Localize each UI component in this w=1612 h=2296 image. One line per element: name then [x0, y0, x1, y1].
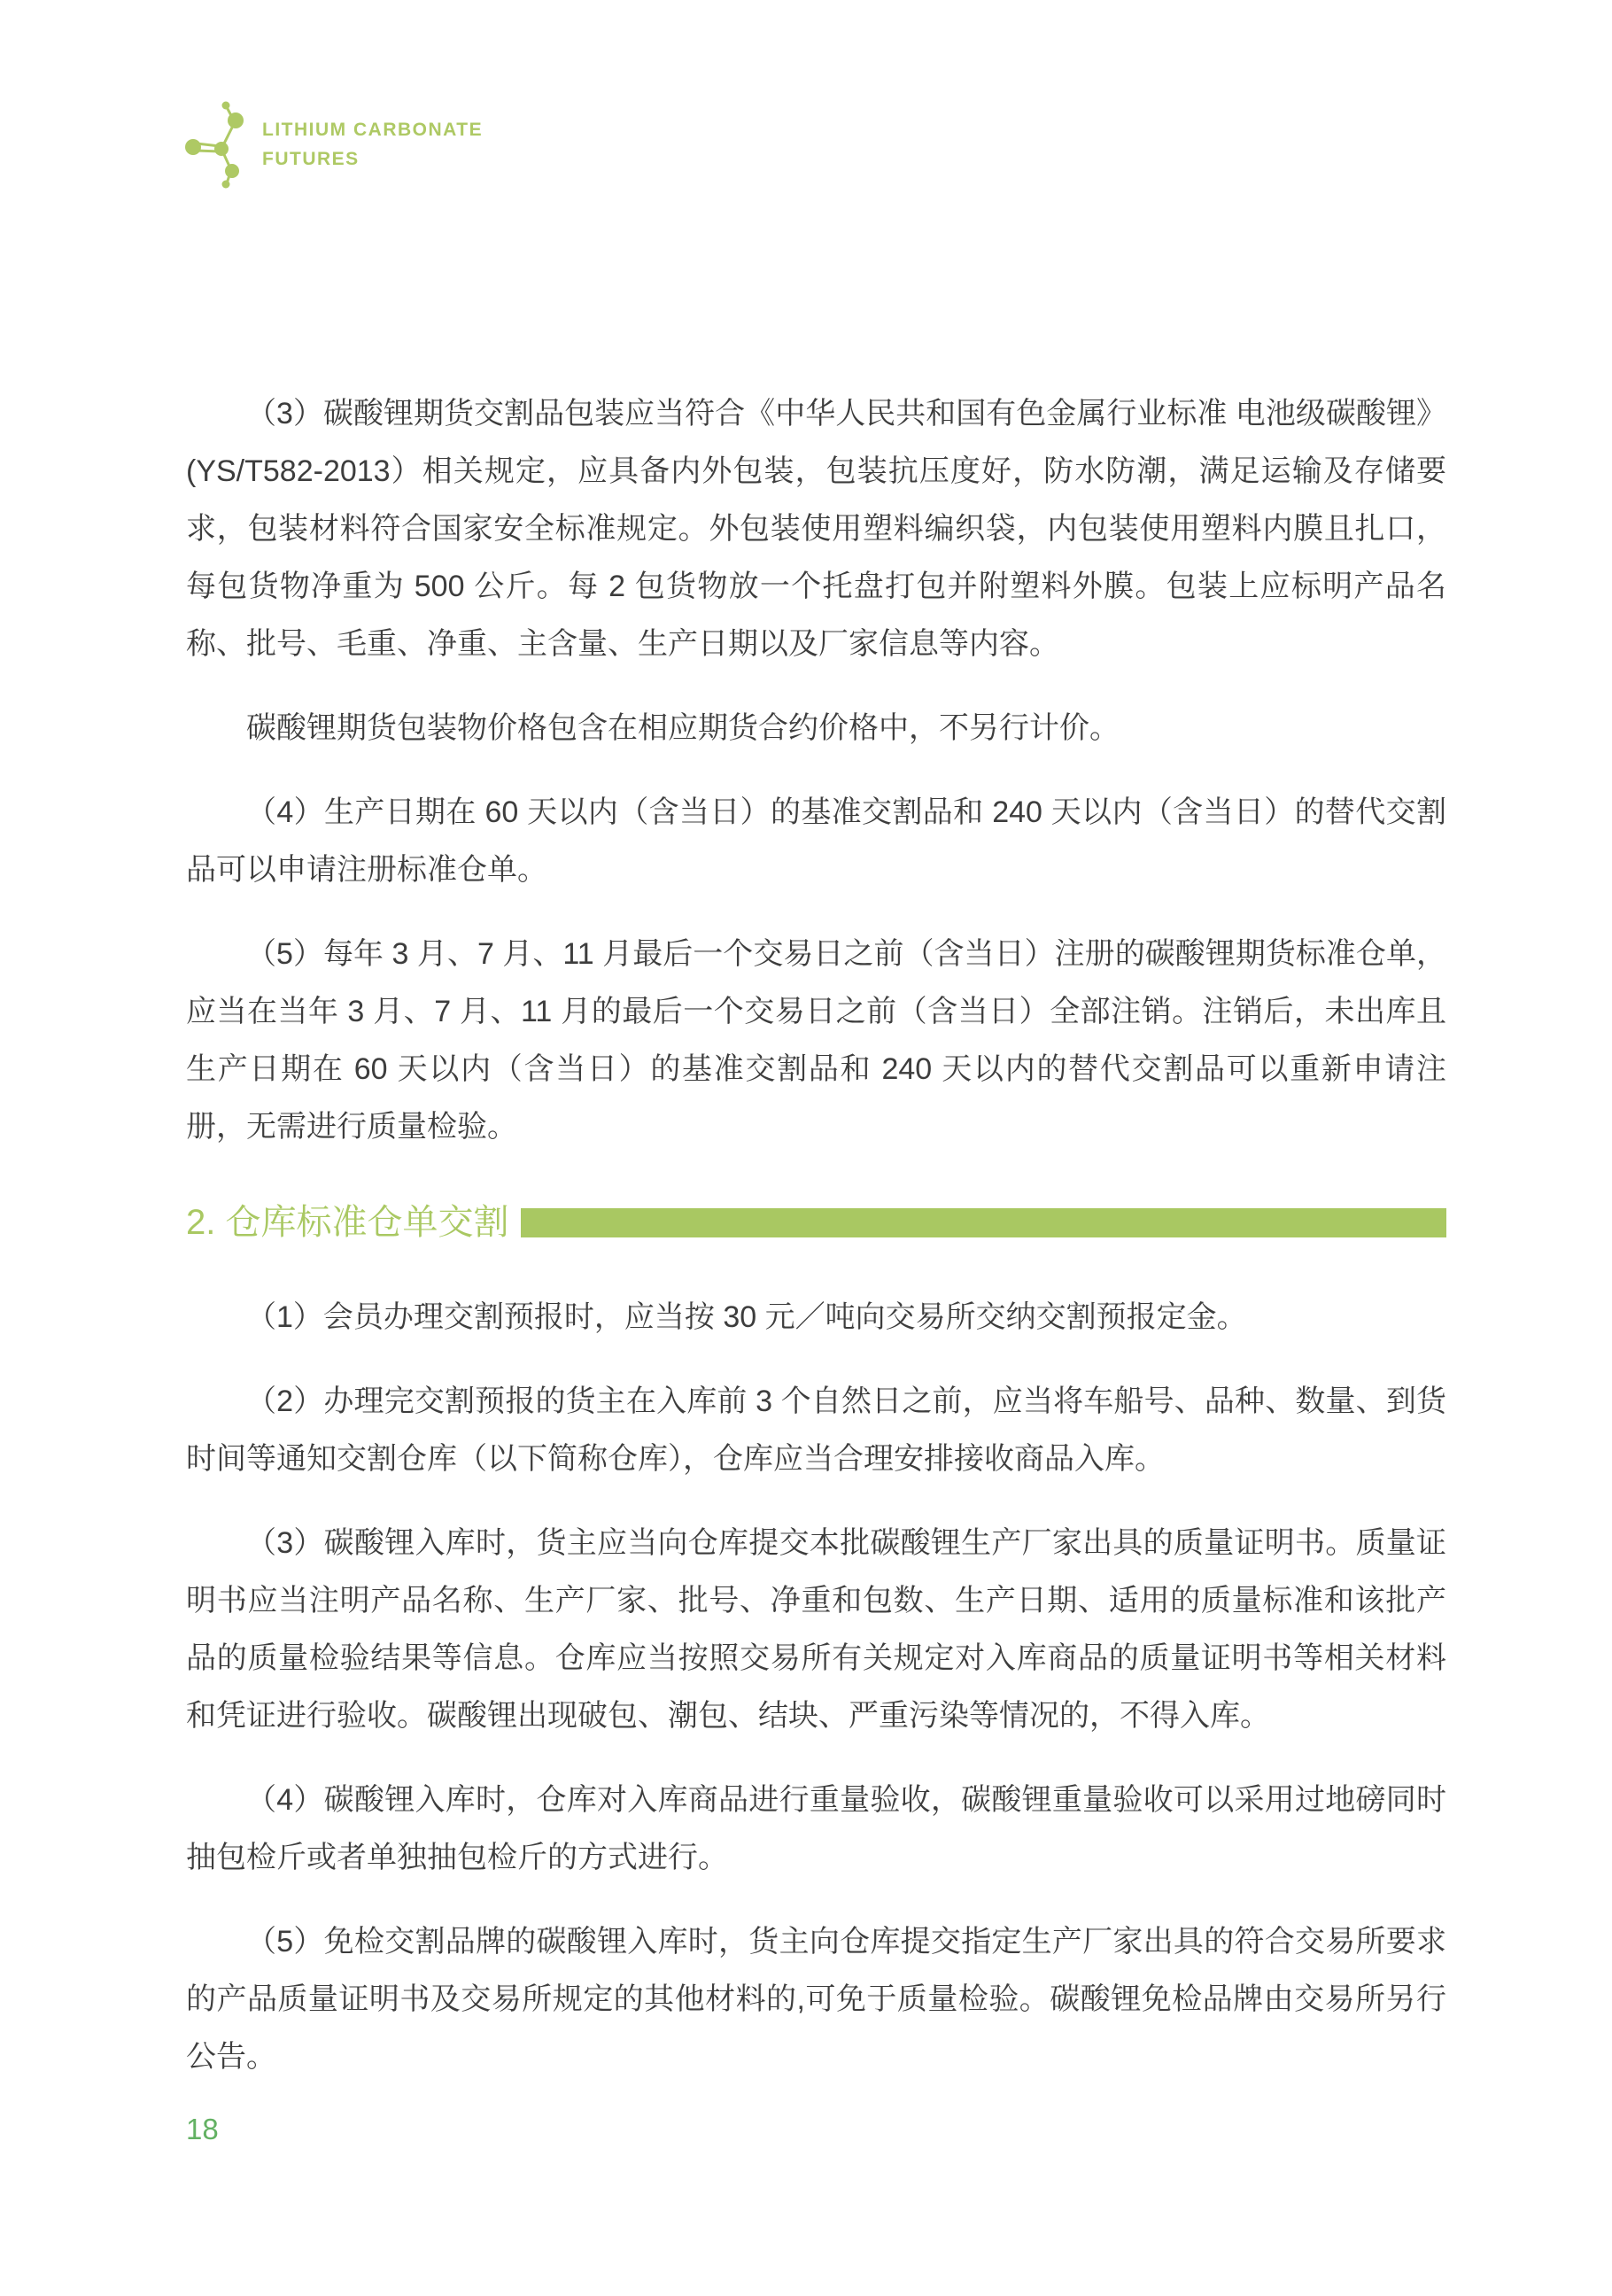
logo-text-line1: LITHIUM CARBONATE — [262, 115, 483, 144]
paragraph-inspection-exempt-brands: （5）免检交割品牌的碳酸锂入库时，货主向仓库提交指定生产厂家出具的符合交易所要求… — [186, 1913, 1446, 2086]
logo: LITHIUM CARBONATE FUTURES — [184, 99, 483, 190]
paragraph-packaging: （3）碳酸锂期货交割品包装应当符合《中华人民共和国有色金属行业标准 电池级碳酸锂… — [186, 385, 1446, 673]
logo-text-line2: FUTURES — [262, 144, 483, 174]
logo-text: LITHIUM CARBONATE FUTURES — [262, 115, 483, 174]
molecule-icon — [184, 99, 248, 190]
paragraph-weight-inspection: （4）碳酸锂入库时，仓库对入库商品进行重量验收，碳酸锂重量验收可以采用过地磅同时… — [186, 1772, 1446, 1887]
document-page: LITHIUM CARBONATE FUTURES （3）碳酸锂期货交割品包装应… — [0, 0, 1612, 2296]
heading-accent-bar — [521, 1208, 1446, 1237]
main-text-column: （3）碳酸锂期货交割品包装应当符合《中华人民共和国有色金属行业标准 电池级碳酸锂… — [186, 385, 1446, 2113]
paragraph-packaging-price: 碳酸锂期货包装物价格包含在相应期货合约价格中，不另行计价。 — [186, 700, 1446, 757]
paragraph-delivery-forecast-deposit: （1）会员办理交割预报时，应当按 30 元／吨向交易所交纳交割预报定金。 — [186, 1289, 1446, 1346]
section-heading: 2. 仓库标准仓单交割 — [186, 1200, 1446, 1245]
page-number: 18 — [186, 2113, 219, 2146]
paragraph-quality-certificate: （3）碳酸锂入库时，货主应当向仓库提交本批碳酸锂生产厂家出具的质量证明书。质量证… — [186, 1515, 1446, 1745]
paragraph-warrant-cancellation: （5）每年 3 月、7 月、11 月最后一个交易日之前（含当日）注册的碳酸锂期货… — [186, 926, 1446, 1156]
section-heading-text: 2. 仓库标准仓单交割 — [186, 1200, 508, 1245]
paragraph-production-date: （4）生产日期在 60 天以内（含当日）的基准交割品和 240 天以内（含当日）… — [186, 784, 1446, 899]
paragraph-notify-warehouse: （2）办理完交割预报的货主在入库前 3 个自然日之前，应当将车船号、品种、数量、… — [186, 1373, 1446, 1488]
